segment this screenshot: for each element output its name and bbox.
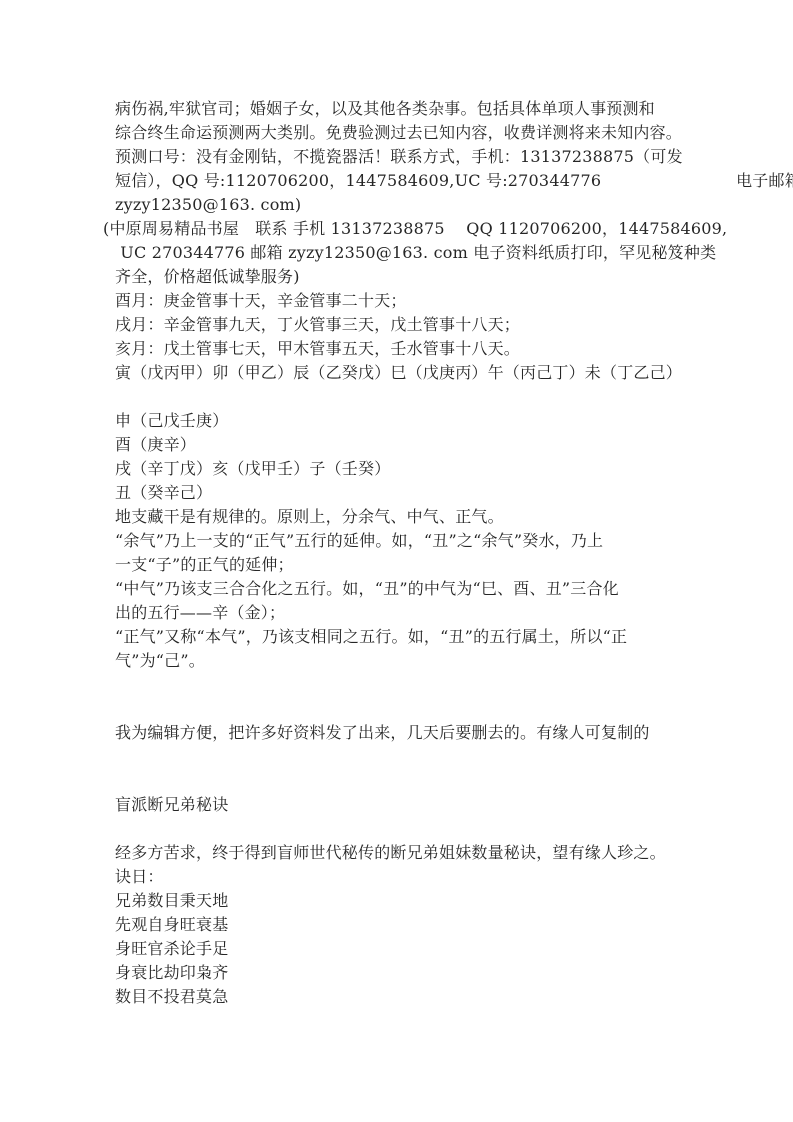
text-line: 我为编辑方便，把许多好资料发了出来，几天后要删去的。有缘人可复制的 xyxy=(115,721,710,745)
text-line: 病伤祸,牢狱官司；婚姻子女，以及其他各类杂事。包括具体单项人事预测和 xyxy=(115,97,710,121)
text-line: “余气”乃上一支的“正气”五行的延伸。如，“丑”之“余气”癸水，乃上 xyxy=(115,529,710,553)
text-line: “正气”又称“本气”，乃该支相同之五行。如，“丑”的五行属土，所以“正 xyxy=(115,625,710,649)
text-line: 出的五行——辛（金）； xyxy=(115,601,710,625)
text-line xyxy=(115,745,710,769)
text-line: 综合终生命运预测两大类别。免费验测过去已知内容，收费详测将来未知内容。 xyxy=(115,121,710,145)
text-line: 酉月：庚金管事十天，辛金管事二十天； xyxy=(115,289,710,313)
text-line: 戌月：辛金管事九天，丁火管事三天，戊土管事十八天； xyxy=(115,313,710,337)
text-line: 身衰比劫印枭齐 xyxy=(115,961,710,985)
text-line: 寅（戊丙甲）卯（甲乙）辰（乙癸戊）巳（戊庚丙）午（丙己丁）未（丁乙己） xyxy=(115,361,710,385)
text-line: 一支“子”的正气的延伸； xyxy=(115,553,710,577)
text-line: “中气”乃该支三合合化之五行。如，“丑”的中气为“巳、酉、丑”三合化 xyxy=(115,577,710,601)
text-line xyxy=(115,673,710,697)
text-line: 地支藏干是有规律的。原则上，分余气、中气、正气。 xyxy=(115,505,710,529)
text-line: 兄弟数目秉天地 xyxy=(115,889,710,913)
text-line: 预测口号：没有金刚钻，不揽瓷器活！联系方式，手机：13137238875（可发 xyxy=(115,145,710,169)
document-page: 病伤祸,牢狱官司；婚姻子女，以及其他各类杂事。包括具体单项人事预测和综合终生命运… xyxy=(0,0,793,1122)
text-line: (中原周易精品书屋 联系 手机 13137238875 QQ 112070620… xyxy=(103,217,710,241)
text-line xyxy=(115,385,710,409)
document-lines: 病伤祸,牢狱官司；婚姻子女，以及其他各类杂事。包括具体单项人事预测和综合终生命运… xyxy=(115,97,710,1009)
text-line xyxy=(115,697,710,721)
text-line: 气”为“己”。 xyxy=(115,649,710,673)
text-line: 盲派断兄弟秘诀 xyxy=(115,793,710,817)
text-line: 身旺官杀论手足 xyxy=(115,937,710,961)
text-line: 亥月：戊土管事七天，甲木管事五天，壬水管事十八天。 xyxy=(115,337,710,361)
text-line: 先观自身旺衰基 xyxy=(115,913,710,937)
text-line: 戌（辛丁戊）亥（戊甲壬）子（壬癸） xyxy=(115,457,710,481)
text-line: 数目不投君莫急 xyxy=(115,985,710,1009)
text-line: 短信），QQ 号:1120706200，1447584609,UC 号:2703… xyxy=(115,169,710,193)
text-line: 申（己戊壬庚） xyxy=(115,409,710,433)
text-line xyxy=(115,769,710,793)
text-line: 齐全，价格超低诚挚服务) xyxy=(115,265,710,289)
text-line: 丑（癸辛己） xyxy=(115,481,710,505)
text-line: zyzy12350@163. com) xyxy=(115,193,710,217)
text-line: 经多方苦求，终于得到盲师世代秘传的断兄弟姐妹数量秘诀，望有缘人珍之。 xyxy=(115,841,710,865)
text-line: 酉（庚辛） xyxy=(115,433,710,457)
text-line xyxy=(115,817,710,841)
text-line: 诀日： xyxy=(115,865,710,889)
text-line: UC 270344776 邮箱 zyzy12350@163. com 电子资料纸… xyxy=(115,241,710,265)
